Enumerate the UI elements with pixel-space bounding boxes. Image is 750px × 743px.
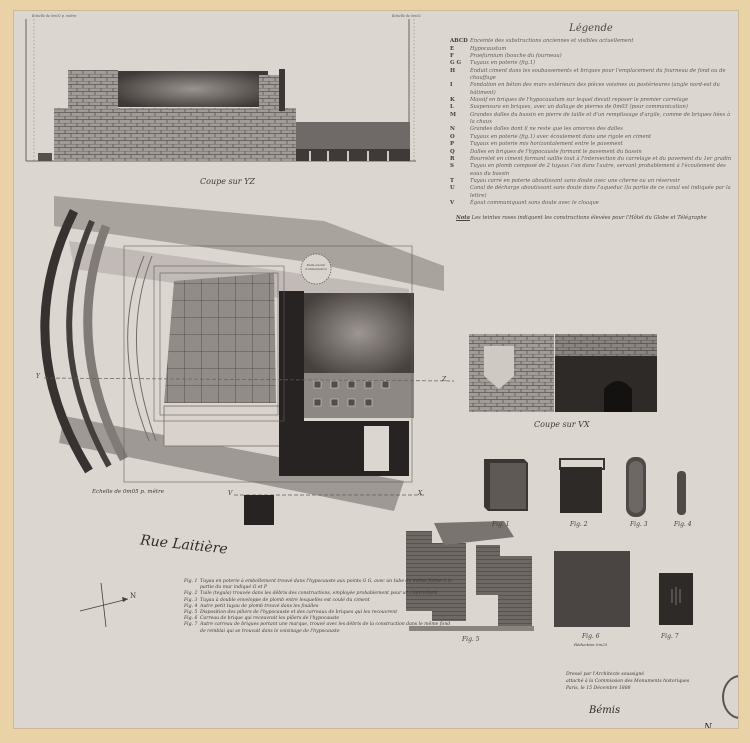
legend-text: Tuyaux en poterie mis horizontalement en…	[470, 141, 732, 148]
figure-list-item: Fig. 7Autre carreau de briques portant u…	[184, 622, 454, 634]
figure-list-text: Tuyau en poterie à emboîtement trouvé da…	[200, 579, 454, 591]
signature-line-1: Dressé par l'Architecte soussigné	[566, 671, 716, 678]
section-yz-drawing	[38, 69, 410, 161]
legend-key: P	[450, 141, 470, 148]
fig-label-4: Fig. 4	[674, 521, 692, 528]
fig-label-1: Fig. 1	[492, 521, 510, 528]
section-vx-drawing	[469, 334, 657, 412]
legend-text: Grandes dalles dont il ne reste que les …	[470, 126, 732, 133]
figure-list-item: Fig. 1Tuyau en poterie à emboîtement tro…	[184, 579, 454, 591]
legend-text: Dalles en briques de l'hypocauste forman…	[470, 149, 732, 156]
legend-item: ABCDEnceinte des substructions anciennes…	[450, 38, 732, 45]
fig-label-7: Fig. 7	[661, 633, 679, 640]
legend-item: EHypocaustum	[450, 46, 732, 53]
legend-text: Fondation en béton des murs extérieurs d…	[470, 82, 732, 97]
plan-scale-caption: Echelle de 0m05 p. mètre	[92, 489, 164, 495]
legend-text: Tuyau en plomb composé de 2 tuyaux l'un …	[470, 163, 732, 178]
fig-label-5: Fig. 5	[462, 636, 480, 643]
corner-scale-note-right: Echelle de 0m02	[392, 14, 421, 18]
legend-item: OTuyaux en poterie (fig.1) avec écouleme…	[450, 134, 732, 141]
section-vx-caption: Coupe sur VX	[534, 420, 590, 429]
legend-nota: Nota Les teintes roses indiquent les con…	[450, 215, 732, 222]
legend-text: Grandes dalles du bassin en pierre de ta…	[470, 112, 732, 127]
figure-list-key: Fig. 1	[184, 579, 200, 591]
fig-label-2: Fig. 2	[570, 521, 588, 528]
signature-block: Dressé par l'Architecte soussigné attach…	[566, 671, 716, 692]
legend-item: VÉgout communiquant sans doute avec le c…	[450, 200, 732, 207]
legend-key: F	[450, 53, 470, 60]
legend-item: MGrandes dalles du bassin en pierre de t…	[450, 112, 732, 127]
legend-item: QDalles en briques de l'hypocauste forma…	[450, 149, 732, 156]
compass-north-label: N	[130, 592, 136, 600]
legend-key: L	[450, 104, 470, 111]
legend-key: ABCD	[450, 38, 470, 45]
legend-text: Enceinte des substructions anciennes et …	[470, 38, 732, 45]
figure-list: Fig. 1Tuyau en poterie à emboîtement tro…	[184, 579, 454, 635]
fig-scale-note: Réduction 0m25	[574, 642, 607, 647]
signature-line-3: Paris, le 15 Décembre 1888	[566, 685, 716, 692]
legend-key: N	[450, 126, 470, 133]
legend-text: Canal de décharge aboutissant sans doute…	[470, 185, 732, 200]
axis-label-x: X	[418, 490, 422, 497]
legend-item: HEnduit ciment dans les soubassements et…	[450, 68, 732, 83]
axis-label-y: Y	[36, 373, 40, 380]
cistern-label: Puits ancien d'alimentation	[305, 263, 327, 271]
legend-key: S	[450, 163, 470, 178]
legend-item: UCanal de décharge aboutissant sans dout…	[450, 185, 732, 200]
legend-key: G G	[450, 60, 470, 67]
legend-item: STuyau en plomb composé de 2 tuyaux l'un…	[450, 163, 732, 178]
legend-key: V	[450, 200, 470, 207]
legend-title: Légende	[450, 25, 732, 32]
drawing-sheet: Echelle de 0m02 p. mètre Echelle de 0m02…	[14, 11, 738, 728]
legend-key: O	[450, 134, 470, 141]
figure-list-text: Autre carreau de briques portant une mar…	[200, 622, 454, 634]
legend-key: U	[450, 185, 470, 200]
legend-key: T	[450, 178, 470, 185]
legend-text: Égout communiquant sans doute avec le cl…	[470, 200, 732, 207]
legend-item: G GTuyaux en poterie (fig.1)	[450, 60, 732, 67]
corner-scale-note-left: Echelle de 0m02 p. mètre	[32, 14, 76, 18]
legend-key: K	[450, 97, 470, 104]
legend-text: Suspensura en briques, avec un dallage d…	[470, 104, 732, 111]
legend-key: M	[450, 112, 470, 127]
legend-key: R	[450, 156, 470, 163]
axis-label-z: Z	[442, 376, 446, 383]
legend-text: Tuyaux en poterie (fig.1) avec écoulemen…	[470, 134, 732, 141]
site-plan	[44, 196, 454, 627]
legend-item: PTuyaux en poterie mis horizontalement e…	[450, 141, 732, 148]
legend: Légende ABCDEnceinte des substructions a…	[450, 25, 732, 223]
legend-item: LSuspensura en briques, avec un dallage …	[450, 104, 732, 111]
nota-text: Les teintes roses indiquent les construc…	[472, 215, 707, 221]
serial-number: N. 8507	[704, 723, 738, 728]
signature-line-2: attaché à la Commission des Monuments hi…	[566, 678, 716, 685]
legend-text: Enduit ciment dans les soubassements et …	[470, 68, 732, 83]
legend-key: I	[450, 82, 470, 97]
legend-item: IFondation en béton des murs extérieurs …	[450, 82, 732, 97]
section-yz-caption: Coupe sur YZ	[200, 177, 255, 186]
legend-key: H	[450, 68, 470, 83]
signature: Bémis	[589, 705, 620, 716]
legend-item: NGrandes dalles dont il ne reste que les…	[450, 126, 732, 133]
figure-list-key: Fig. 7	[184, 622, 200, 634]
fig-label-6: Fig. 6	[582, 633, 600, 640]
legend-text: Tuyaux en poterie (fig.1)	[470, 60, 732, 67]
nota-label: Nota	[456, 215, 470, 221]
axis-label-v: V	[228, 490, 232, 497]
fig-label-3: Fig. 3	[630, 521, 648, 528]
legend-text: Hypocaustum	[470, 46, 732, 53]
legend-key: Q	[450, 149, 470, 156]
legend-key: E	[450, 46, 470, 53]
